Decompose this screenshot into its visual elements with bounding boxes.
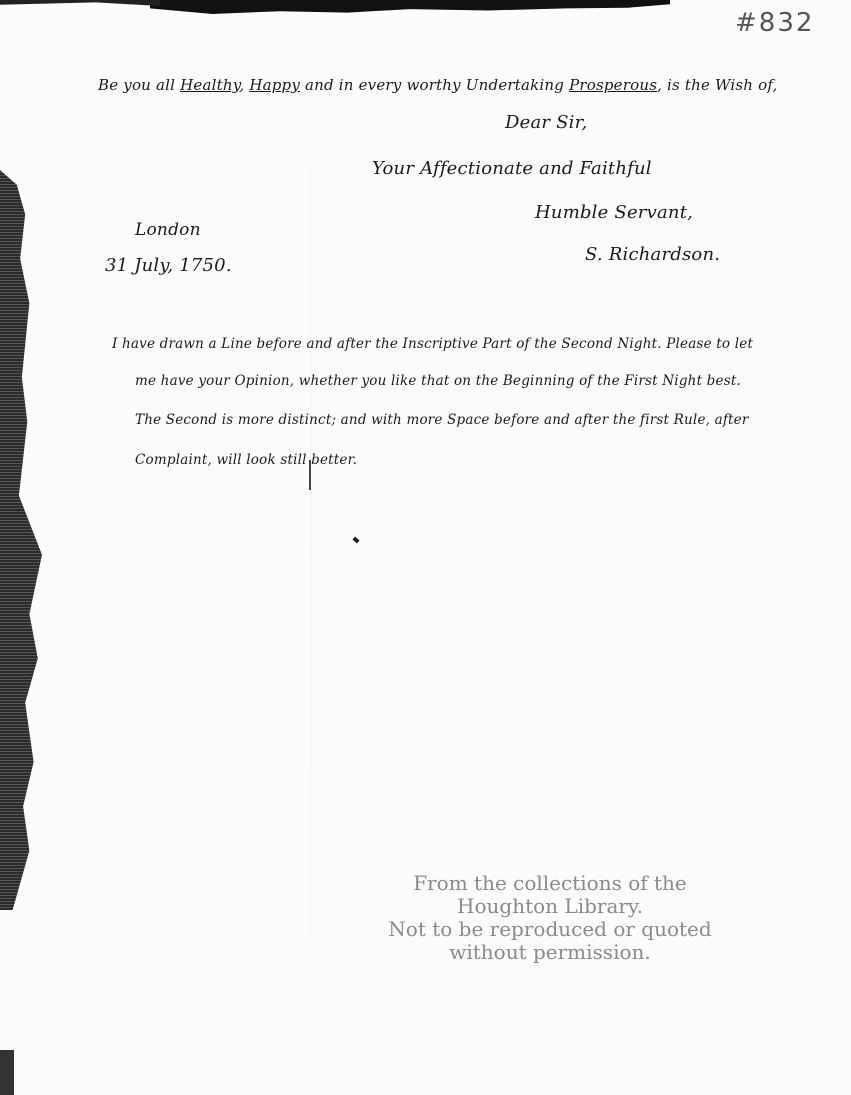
valediction-line-1: Your Affectionate and Faithful [372,158,652,179]
paper-fold-line [310,20,311,1080]
postscript-line: me have your Opinion, whether you like t… [135,373,741,389]
stamp-line-1: From the collections of the [380,872,720,895]
salutation: Dear Sir, [505,112,587,133]
torn-top-edge-left [0,0,160,6]
wish-line: Be you all Healthy, Happy and in every w… [98,76,778,94]
postscript-line: The Second is more distinct; and with mo… [135,412,749,428]
stamp-line-2: Houghton Library. [380,895,720,918]
torn-left-edge-bottom [0,1050,14,1095]
postscript-line: I have drawn a Line before and after the… [112,336,753,352]
wish-text: , is the Wish of, [657,76,777,94]
torn-left-edge [0,170,42,910]
wish-happy: Happy [249,76,300,94]
wish-healthy: Healthy [180,76,239,94]
ink-blot [352,537,359,544]
catalog-number: #832 [735,8,814,38]
valediction-line-2: Humble Servant, [535,202,693,223]
wish-text: Be you all [98,76,180,94]
ink-mark [309,460,311,490]
wish-text: , [239,76,249,94]
wish-prosperous: Prosperous [569,76,657,94]
library-stamp: From the collections of the Houghton Lib… [380,872,720,964]
manuscript-page: #832 Be you all Healthy, Happy and in ev… [0,0,851,1095]
place: London [135,220,201,240]
signature: S. Richardson. [585,244,720,265]
torn-top-edge [150,0,670,14]
date: 31 July, 1750. [105,255,232,276]
stamp-line-4: without permission. [380,941,720,964]
stamp-line-3: Not to be reproduced or quoted [380,918,720,941]
postscript-line: Complaint, will look still better. [135,452,357,468]
wish-text: and in every worthy Undertaking [300,76,569,94]
